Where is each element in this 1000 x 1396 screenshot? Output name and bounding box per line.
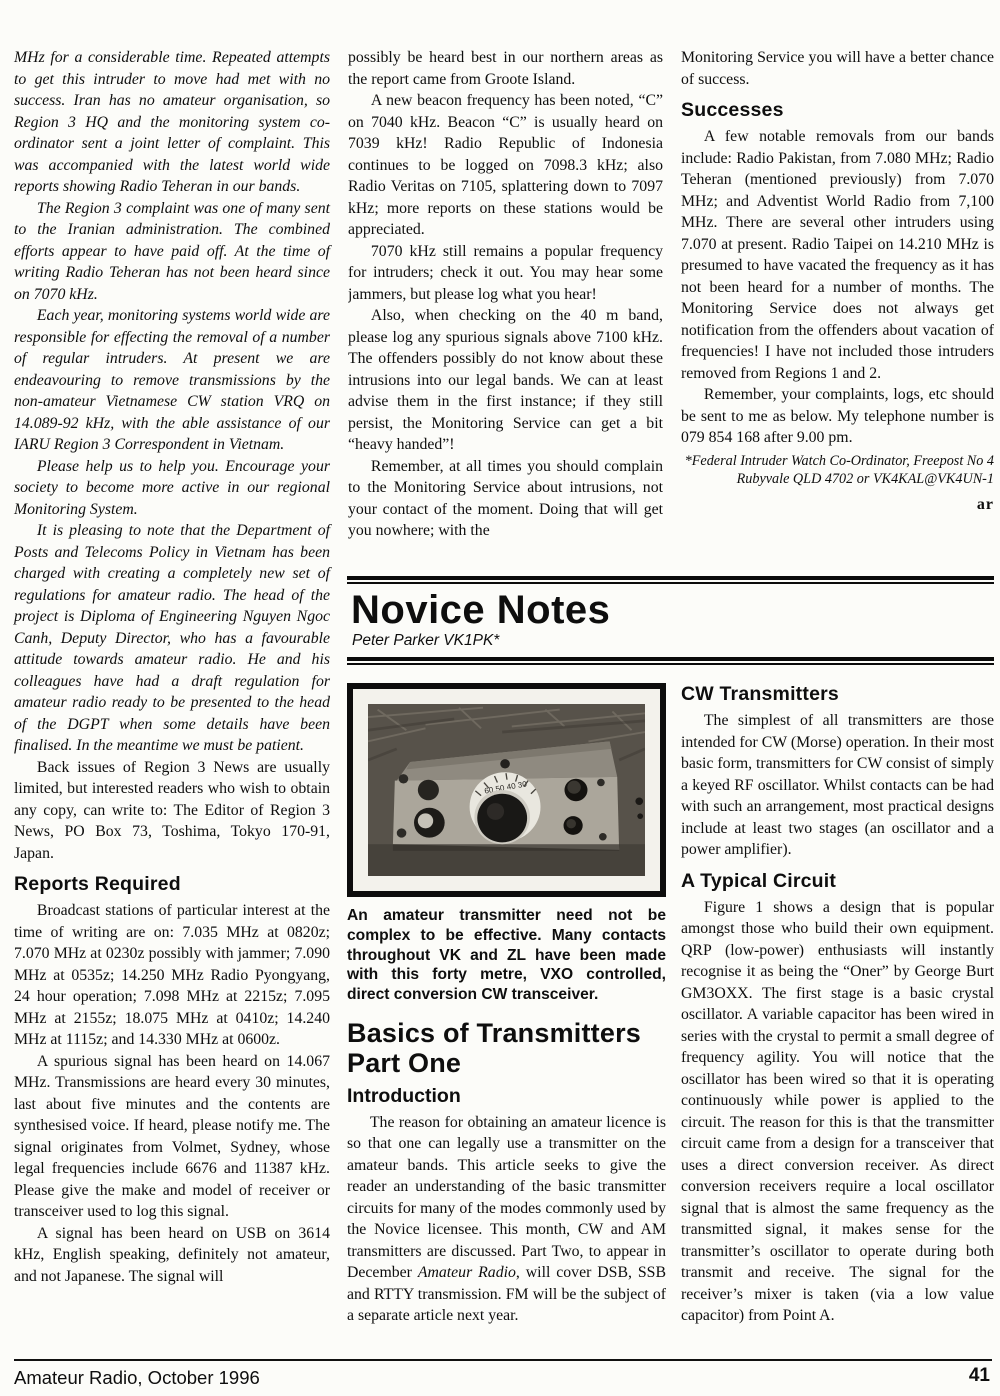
novice-notes-title: Novice Notes [351,589,994,631]
author-footnote: *Federal Intruder Watch Co-Ordinator, Fr… [681,452,994,489]
paragraph: The simplest of all transmitters are tho… [681,710,994,861]
paragraph: Monitoring Service you will have a bette… [681,47,994,90]
paragraph: Remember, your complaints, logs, etc sho… [681,384,994,449]
paragraph: Please help us to help you. Encourage yo… [14,456,330,521]
article-title-line1: Basics of Transmitters [347,1018,666,1048]
intro-paragraph-wrap: The reason for obtaining an amateur lice… [347,1112,666,1327]
section-heading-cw-transmitters: CW Transmitters [681,683,994,705]
intro-text-italic: Amateur Radio [418,1264,516,1281]
paragraph: Back issues of Region 3 News are usually… [14,757,330,865]
section-heading-successes: Successes [681,99,994,121]
intro-text-start: The reason for obtaining an amateur lice… [347,1114,666,1282]
section-heading-reports-required: Reports Required [14,873,330,895]
paragraph: Also, when checking on the 40 m band, pl… [348,305,663,456]
paragraph: The Region 3 complaint was one of many s… [14,198,330,306]
photo-matte: 60 50 40 30 [353,689,660,891]
footer-journal-title: Amateur Radio, October 1996 [14,1367,260,1389]
transmitter-photo-frame: 60 50 40 30 [347,683,666,897]
section-heading-typical-circuit: A Typical Circuit [681,870,994,892]
middle-column-bottom: 60 50 40 30 [347,683,666,1327]
paragraph: Figure 1 shows a design that is popular … [681,897,994,1327]
paragraph: It is pleasing to note that the Departme… [14,520,330,757]
left-column: MHz for a considerable time. Repeated at… [14,47,330,1287]
transmitter-photo-art: 60 50 40 30 [368,704,645,876]
novice-notes-byline: Peter Parker VK1PK* [352,632,994,650]
photo-caption: An amateur transmitter need not be compl… [347,906,666,1005]
paragraph: Broadcast stations of particular interes… [14,900,330,1051]
paragraph: Each year, monitoring systems world wide… [14,305,330,456]
footer-page-number: 41 [969,1365,990,1387]
paragraph: A signal has been heard on USB on 3614 k… [14,1223,330,1288]
right-column-top: Monitoring Service you will have a bette… [681,47,994,559]
section-heading-introduction: Introduction [347,1085,666,1108]
paragraph: possibly be heard best in our northern a… [348,47,663,90]
paragraph: A new beacon frequency has been noted, “… [348,90,663,241]
right-column-bottom: CW Transmitters The simplest of all tran… [681,683,994,1355]
paragraph: A spurious signal has been heard on 14.0… [14,1051,330,1223]
column-signature: ar [681,494,994,516]
paragraph: Remember, at all times you should compla… [348,456,663,542]
transmitter-photo: 60 50 40 30 [368,704,645,876]
middle-column-top: possibly be heard best in our northern a… [348,47,663,559]
novice-notes-banner: Novice Notes Peter Parker VK1PK* [347,576,994,665]
double-rule-top [347,576,994,584]
double-rule-bottom [347,657,994,665]
paragraph: A few notable removals from our bands in… [681,126,994,384]
paragraph: MHz for a considerable time. Repeated at… [14,47,330,198]
paragraph: 7070 kHz still remains a popular frequen… [348,241,663,306]
footer-rule [14,1359,992,1361]
magazine-page: MHz for a considerable time. Repeated at… [0,0,1000,1396]
article-title-line2: Part One [347,1048,666,1078]
paragraph: The reason for obtaining an amateur lice… [347,1112,666,1327]
